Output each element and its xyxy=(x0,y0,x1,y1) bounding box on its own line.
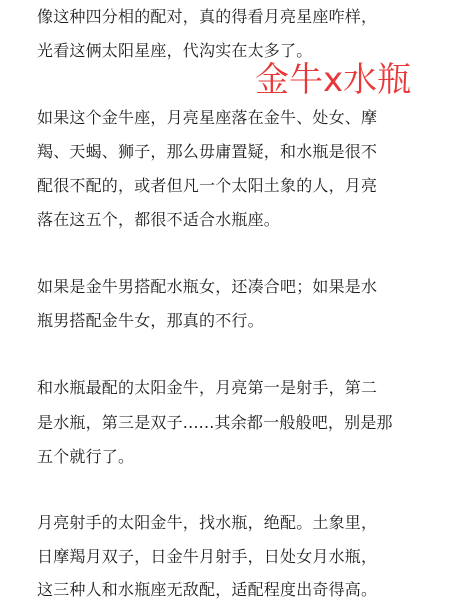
text-line: 这三种人和水瓶座无敌配，适配程度出奇得高。 xyxy=(37,580,377,600)
text-line: 落在这五个，都很不适合水瓶座。 xyxy=(37,210,280,230)
text-line: 五个就行了。 xyxy=(37,447,134,467)
text-line: 和水瓶最配的太阳金牛，月亮第一是射手，第二 xyxy=(37,378,377,398)
text-line: 如果是金牛男搭配水瓶女，还凑合吧；如果是水 xyxy=(37,277,377,297)
text-line: 羯、天蝎、狮子，那么毋庸置疑，和水瓶是很不 xyxy=(37,142,377,162)
text-line: 光看这俩太阳星座，代沟实在太多了。 xyxy=(37,41,312,61)
text-line: 日摩羯月双子，日金牛月射手，日处女月水瓶， xyxy=(37,547,377,567)
text-line: 如果这个金牛座，月亮星座落在金牛、处女、摩 xyxy=(37,108,377,128)
text-line: 配很不配的，或者但凡一个太阳土象的人，月亮 xyxy=(37,176,377,196)
text-line: 瓶男搭配金牛女，那真的不行。 xyxy=(37,311,264,331)
text-line: 是水瓶，第三是双子......其余都一般般吧，别是那 xyxy=(37,413,393,433)
text-line: 像这种四分相的配对，真的得看月亮星座咋样， xyxy=(37,7,377,27)
article-page: 像这种四分相的配对，真的得看月亮星座咋样， 光看这俩太阳星座，代沟实在太多了。 … xyxy=(0,0,453,600)
overlay-title: 金牛x水瓶 xyxy=(255,60,411,100)
text-line: 月亮射手的太阳金牛，找水瓶，绝配。土象里， xyxy=(37,513,377,533)
